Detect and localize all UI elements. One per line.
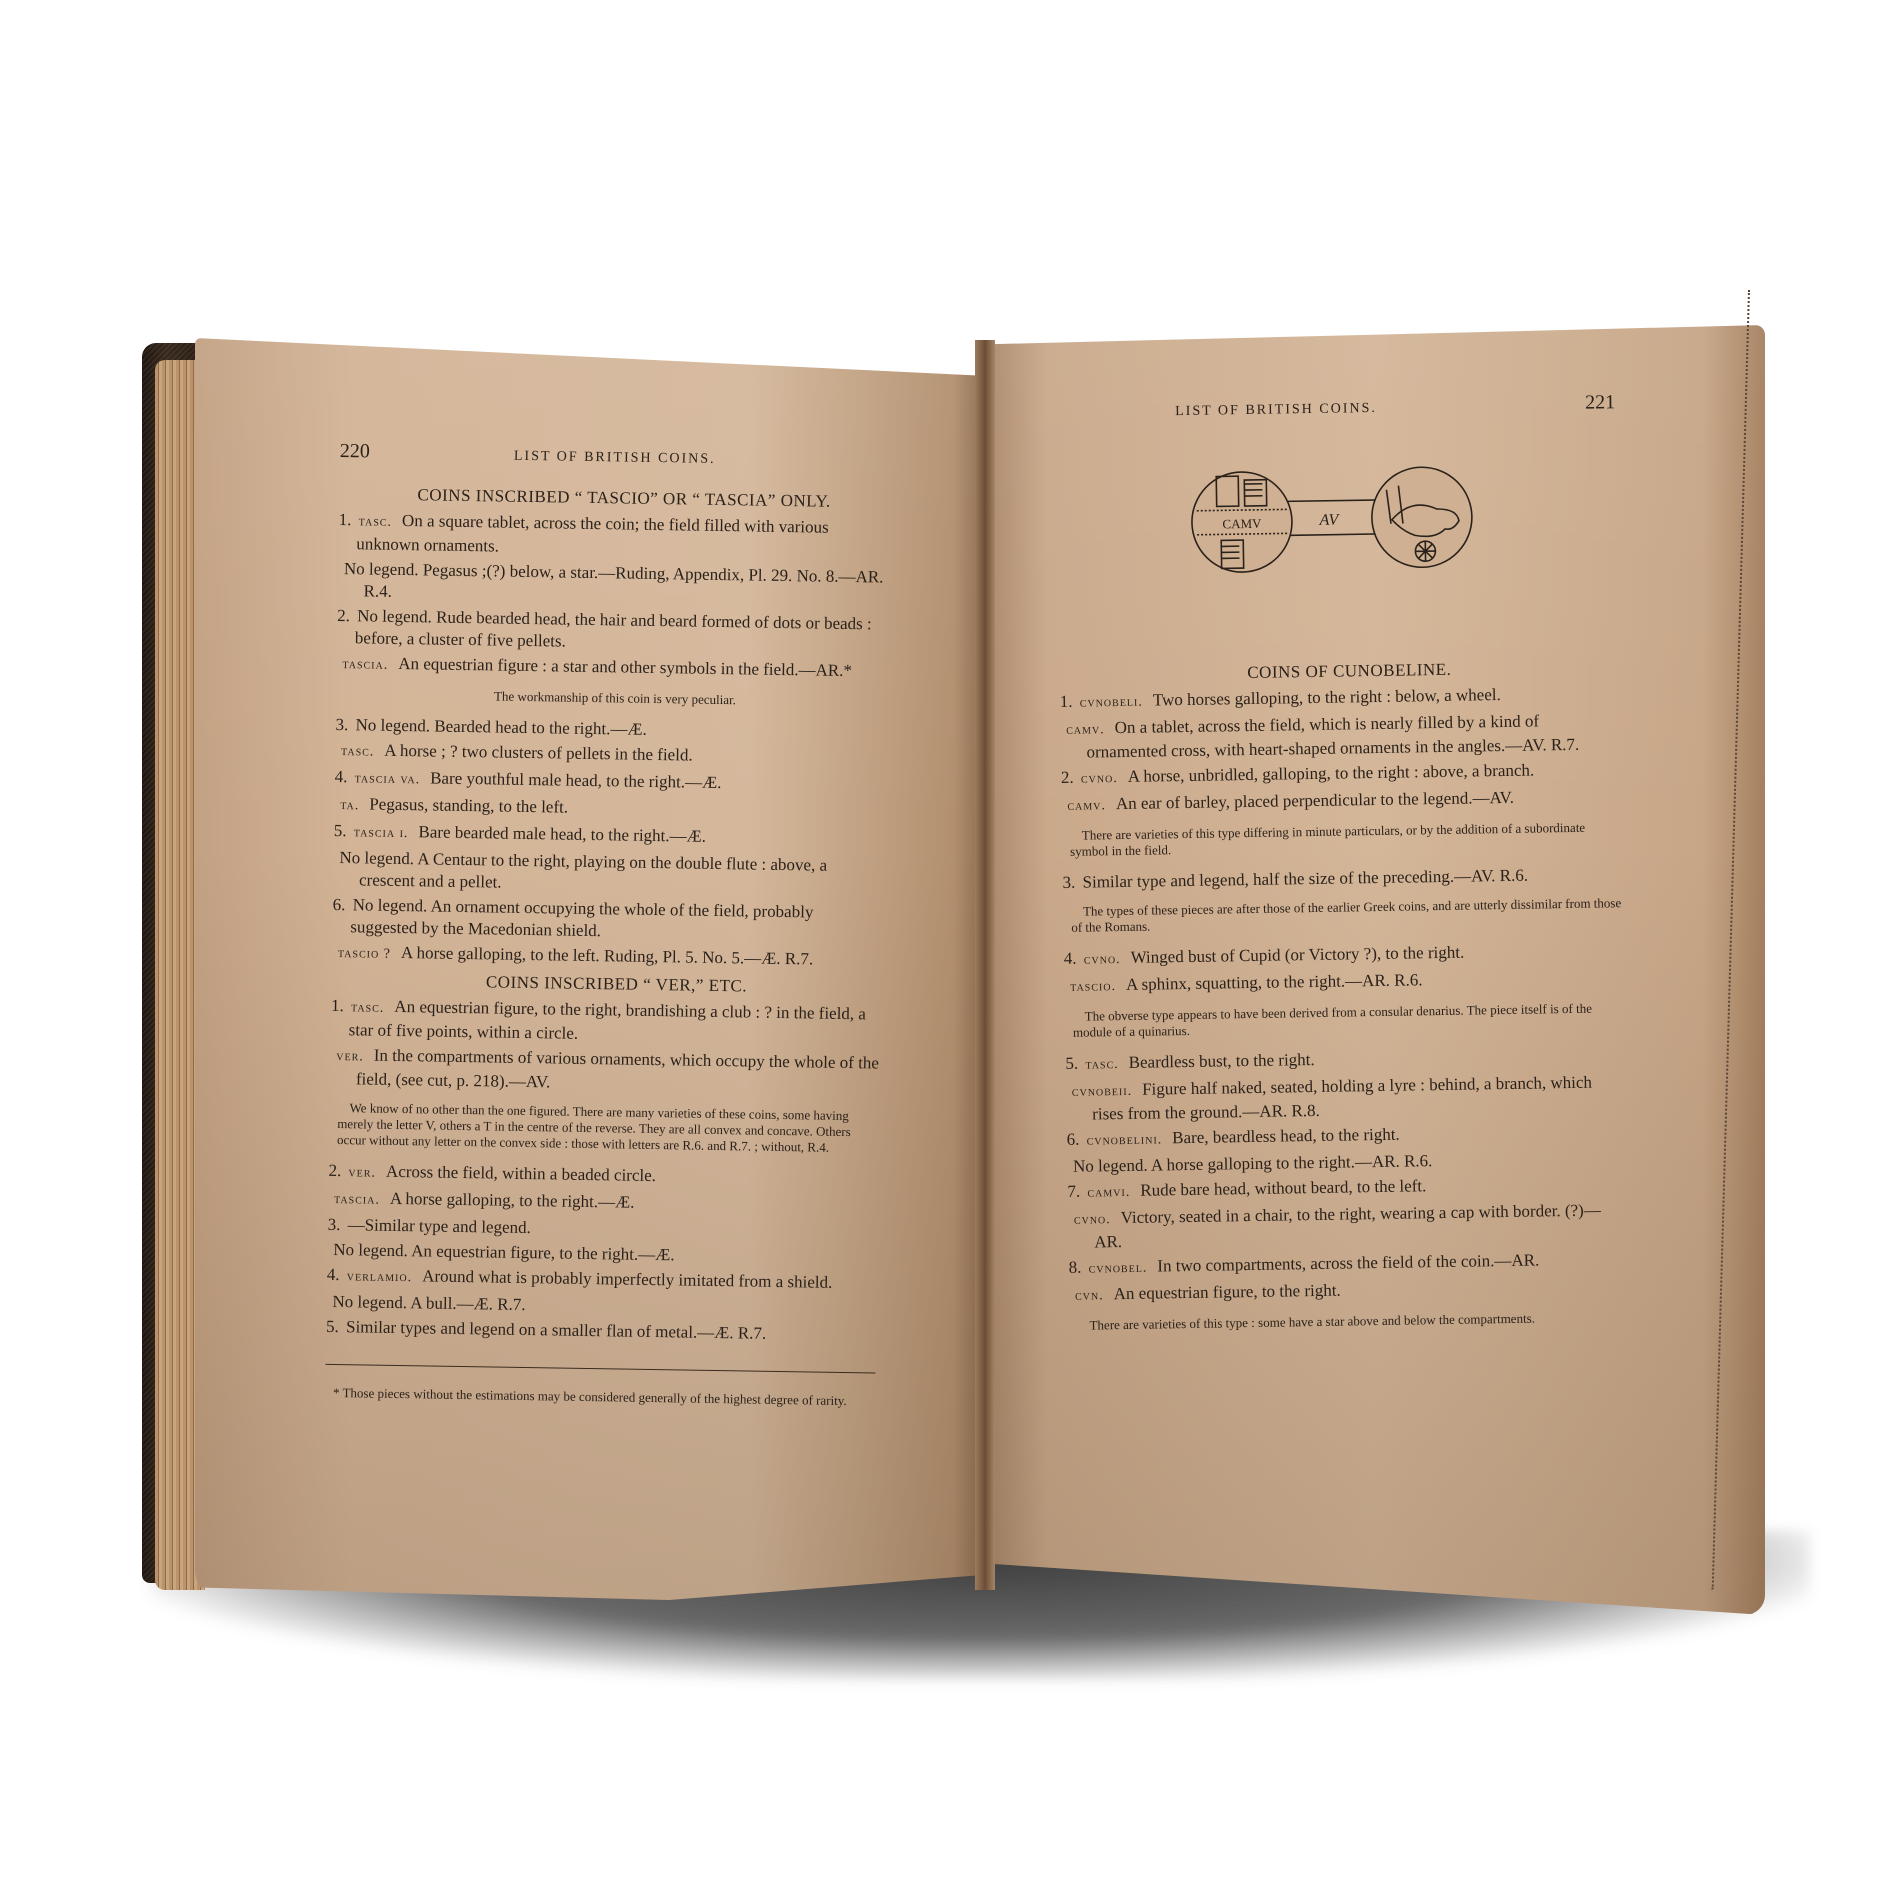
- right-page-text: LIST OF BRITISH COINS. 221 CAMV AV: [1055, 391, 1630, 1346]
- entry-text: Beardless bust, to the right.: [1129, 1050, 1315, 1072]
- section-heading: COINS OF CUNOBELINE.: [1079, 656, 1619, 686]
- coin-legend: camvi.: [1087, 1185, 1130, 1201]
- coin-reverse-description: camv.On a tablet, across the field, whic…: [1060, 709, 1621, 764]
- entry-number: 5.: [1065, 1053, 1085, 1075]
- svg-text:AV: AV: [1318, 512, 1340, 529]
- coin-entry: 2.No legend. Rude bearded head, the hair…: [337, 605, 888, 658]
- section-heading: COINS INSCRIBED “ VER,” ETC.: [351, 969, 881, 999]
- entry-number: 8.: [1068, 1257, 1088, 1279]
- coin-reverse-description: cvn.An equestrian figure, to the right.: [1069, 1275, 1629, 1308]
- footnote-rule: [325, 1364, 875, 1374]
- coin-legend: ver.: [336, 1049, 364, 1064]
- coin-reverse-description: tascio.A sphinx, squatting, to the right…: [1064, 966, 1624, 999]
- coin-legend: tascia va.: [355, 771, 421, 787]
- entry-text: Rude bare head, without beard, to the le…: [1140, 1176, 1426, 1199]
- entry-text: In two compartments, across the field of…: [1157, 1251, 1539, 1276]
- coin-legend: cvn.: [1075, 1288, 1104, 1303]
- running-title: LIST OF BRITISH COINS.: [514, 446, 716, 471]
- entry-text: Victory, seated in a chair, to the right…: [1094, 1201, 1601, 1252]
- entry-text: Winged bust of Cupid (or Victory ?), to …: [1130, 943, 1464, 967]
- entry-number: 4.: [335, 766, 355, 788]
- entry-text: A horse, unbridled, galloping, to the ri…: [1128, 761, 1535, 786]
- coin-legend: tasc.: [351, 1000, 384, 1016]
- entry-text: No legend. Rude bearded head, the hair a…: [355, 606, 872, 650]
- coin-legend: tascia.: [334, 1192, 380, 1208]
- entry-text: No legend. A horse galloping to the righ…: [1073, 1151, 1433, 1176]
- editorial-note: The obverse type appears to have been de…: [1073, 1000, 1625, 1041]
- entry-number: 2.: [337, 605, 357, 627]
- page-number: 220: [340, 440, 370, 462]
- entry-text: A horse galloping, to the right.—Æ.: [390, 1189, 635, 1212]
- entry-number: 5.: [334, 820, 354, 842]
- entry-text: No legend. An ornament occupying the who…: [350, 895, 813, 940]
- section-heading: COINS INSCRIBED “ TASCIO” OR “ TASCIA” O…: [359, 483, 889, 513]
- entry-text: No legend. Bearded head to the right.—Æ.: [355, 715, 647, 739]
- coin-legend: tascio ?: [338, 946, 391, 962]
- entry-text: A sphinx, squatting, to the right.—AR. R…: [1126, 970, 1423, 994]
- coin-reverse-description: No legend. Pegasus ;(?) below, a star.—R…: [337, 558, 888, 611]
- coin-legend: tasc.: [359, 514, 392, 530]
- coin-reverse-description: No legend. A Centaur to the right, playi…: [333, 847, 884, 900]
- entry-text: —Similar type and legend.: [348, 1215, 531, 1237]
- coin-reverse-description: tascia.An equestrian figure : a star and…: [336, 652, 886, 685]
- entry-text: No legend. Pegasus ;(?) below, a star.—R…: [344, 559, 884, 601]
- entry-text: Around what is probably imperfectly imit…: [422, 1266, 833, 1291]
- entry-text: Across the field, within a beaded circle…: [386, 1162, 656, 1185]
- entry-text: Bare bearded male head, to the right.—Æ.: [418, 822, 706, 846]
- editorial-note: We know of no other than the one figured…: [337, 1100, 880, 1157]
- coin-entry: 1.tasc.On a square tablet, across the co…: [338, 509, 889, 564]
- entry-number: 2.: [328, 1160, 348, 1182]
- coin-legend: cvnobel.: [1089, 1261, 1148, 1277]
- coin-legend: cvno.: [1084, 952, 1121, 968]
- entry-text: Similar type and legend, half the size o…: [1082, 866, 1528, 892]
- entry-number: 1.: [1060, 691, 1080, 713]
- coin-reverse-description: tascio ?A horse galloping, to the left. …: [332, 941, 882, 974]
- entry-number: 3.: [335, 714, 355, 736]
- editorial-note: There are varieties of this type differi…: [1070, 819, 1622, 860]
- coin-legend: camv.: [1066, 722, 1105, 738]
- coin-legend: tascio.: [1070, 979, 1116, 995]
- entry-text: Pegasus, standing, to the left.: [369, 795, 568, 817]
- coin-reverse-description: cvno.Victory, seated in a chair, to the …: [1068, 1199, 1629, 1254]
- coin-reverse-description: camv.An ear of barley, placed perpendicu…: [1061, 785, 1621, 818]
- entry-text: An ear of barley, placed perpendicular t…: [1116, 788, 1514, 813]
- left-sections: COINS INSCRIBED “ TASCIO” OR “ TASCIA” O…: [326, 483, 889, 1347]
- page-number: 221: [1585, 391, 1615, 413]
- entry-number: 6.: [1066, 1129, 1086, 1151]
- editorial-note: The workmanship of this coin is very pec…: [344, 686, 886, 711]
- coin-reverse-description: ver.In the compartments of various ornam…: [330, 1044, 881, 1099]
- entry-text: Bare, beardless head, to the right.: [1172, 1125, 1400, 1148]
- coin-legend: cvnobeli.: [1080, 695, 1143, 711]
- entry-text: No legend. An equestrian figure, to the …: [333, 1240, 675, 1264]
- coin-legend: cvnobeii.: [1072, 1084, 1133, 1100]
- entry-number: 2.: [1061, 767, 1081, 789]
- entry-text: Bare youthful male head, to the right.—Æ…: [430, 768, 722, 792]
- coin-legend: tasc.: [1085, 1057, 1118, 1073]
- coin-legend: tasc.: [341, 744, 374, 760]
- entry-text: In the compartments of various ornaments…: [356, 1046, 879, 1092]
- entry-text: Two horses galloping, to the right : bel…: [1153, 685, 1501, 709]
- coin-reverse-description: cvnobeii.Figure half naked, seated, hold…: [1066, 1071, 1627, 1126]
- entry-text: Figure half naked, seated, holding a lyr…: [1092, 1073, 1592, 1124]
- book-gutter: [975, 340, 995, 1590]
- coin-legend: cvnobelini.: [1087, 1132, 1163, 1148]
- entry-number: 4.: [1064, 948, 1084, 970]
- coin-illustration: CAMV AV: [1056, 456, 1619, 635]
- coin-entry: 5.Similar types and legend on a smaller …: [326, 1316, 876, 1347]
- entry-text: An equestrian figure, to the right, bran…: [349, 997, 867, 1043]
- entry-number: 4.: [327, 1264, 347, 1286]
- entry-text: On a tablet, across the field, which is …: [1086, 711, 1579, 761]
- entry-number: 3.: [1062, 872, 1082, 894]
- coin-legend: cvno.: [1074, 1212, 1111, 1228]
- coin-legend: tascia.: [342, 657, 388, 673]
- entry-text: On a square tablet, across the coin; the…: [356, 511, 829, 556]
- entry-number: 3.: [327, 1214, 347, 1236]
- coin-legend: ver.: [348, 1165, 376, 1180]
- editorial-note: The types of these pieces are after thos…: [1071, 895, 1623, 936]
- editorial-note: There are varieties of this type : some …: [1077, 1309, 1629, 1334]
- entry-text: An equestrian figure : a star and other …: [398, 654, 852, 680]
- entry-number: 6.: [333, 894, 353, 916]
- coin-entry: 1.tasc.An equestrian figure, to the righ…: [331, 995, 882, 1050]
- entry-text: A horse ; ? two clusters of pellets in t…: [384, 741, 693, 765]
- coin-drawing-icon: CAMV AV: [1186, 458, 1488, 583]
- entry-text: An equestrian figure, to the right.: [1114, 1281, 1341, 1304]
- svg-text:CAMV: CAMV: [1222, 516, 1262, 532]
- coin-legend: verlamio.: [347, 1269, 413, 1285]
- coin-legend: cvno.: [1081, 771, 1118, 787]
- right-sections: COINS OF CUNOBELINE.1.cvnobeli.Two horse…: [1059, 656, 1629, 1334]
- entry-text: No legend. A bull.—Æ. R.7.: [332, 1292, 525, 1314]
- coin-entry: 6.No legend. An ornament occupying the w…: [332, 894, 883, 947]
- entry-number: 5.: [326, 1316, 346, 1338]
- entry-text: Similar types and legend on a smaller fl…: [346, 1317, 766, 1343]
- coin-legend: camv.: [1067, 798, 1106, 814]
- coin-legend: tascia i.: [354, 825, 409, 841]
- entry-number: 1.: [339, 509, 359, 531]
- entry-text: A horse galloping, to the left. Ruding, …: [401, 943, 813, 968]
- running-title: LIST OF BRITISH COINS.: [1175, 398, 1377, 423]
- coin-legend: ta.: [340, 798, 359, 813]
- entry-number: 1.: [331, 995, 351, 1017]
- left-page-text: 220 LIST OF BRITISH COINS. COINS INSCRIB…: [325, 440, 890, 1410]
- coin-entry: 3.Similar type and legend, half the size…: [1062, 863, 1622, 894]
- entry-number: 7.: [1067, 1181, 1087, 1203]
- entry-text: No legend. A Centaur to the right, playi…: [339, 848, 827, 892]
